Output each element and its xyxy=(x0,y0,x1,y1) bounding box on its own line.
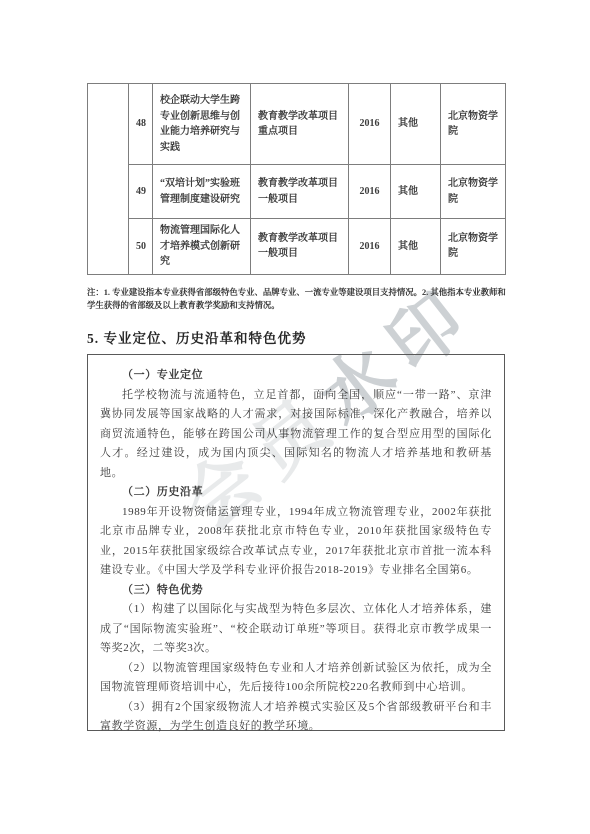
cell-project-name: 校企联动大学生跨专业创新思维与创业能力培养研究与实践 xyxy=(153,84,251,165)
cell-seq: 50 xyxy=(129,219,153,275)
cell-category: 其他 xyxy=(391,219,441,275)
paragraph-history: 1989年开设物资储运管理专业，1994年成立物流管理专业，2002年获批北京市… xyxy=(100,503,492,581)
paragraph-position: 托学校物流与流通特色，立足首都，面向全国，顺应“一带一路”、京津冀协同发展等国家… xyxy=(100,386,492,484)
cell-project-type: 教育教学改革项目重点项目 xyxy=(251,84,349,165)
cell-project-name: 物流管理国际化人才培养模式创新研究 xyxy=(153,219,251,275)
paragraph-advantage-1: （1）构建了以国际化与实战型为特色多层次、立体化人才培养体系，建成了“国际物流实… xyxy=(100,600,492,659)
paragraph-advantage-3: （3）拥有2个国家级物流人才培养模式实验区及5个省部级教研平台和丰富教学资源，为… xyxy=(100,698,492,737)
cell-seq: 49 xyxy=(129,165,153,219)
cell-project-type: 教育教学改革项目一般项目 xyxy=(251,165,349,219)
paragraph-advantage-2: （2）以物流管理国家级特色专业和人才培养创新试验区为依托，成为全国物流管理师资培… xyxy=(100,659,492,698)
projects-table: 48 校企联动大学生跨专业创新思维与创业能力培养研究与实践 教育教学改革项目重点… xyxy=(87,83,506,275)
table-row: 49 “双培计划”实验班管理制度建设研究 教育教学改革项目一般项目 2016 其… xyxy=(88,165,506,219)
cell-project-type: 教育教学改革项目一般项目 xyxy=(251,219,349,275)
subheading-history: （二）历史沿革 xyxy=(100,483,492,503)
cell-category: 其他 xyxy=(391,165,441,219)
cell-seq: 48 xyxy=(129,84,153,165)
cell-year: 2016 xyxy=(349,84,391,165)
cell-project-name: “双培计划”实验班管理制度建设研究 xyxy=(153,165,251,219)
cell-organization: 北京物资学院 xyxy=(441,84,506,165)
cell-blank xyxy=(88,84,129,275)
cell-category: 其他 xyxy=(391,84,441,165)
table-row: 50 物流管理国际化人才培养模式创新研究 教育教学改革项目一般项目 2016 其… xyxy=(88,219,506,275)
table-row: 48 校企联动大学生跨专业创新思维与创业能力培养研究与实践 教育教学改革项目重点… xyxy=(88,84,506,165)
cell-year: 2016 xyxy=(349,219,391,275)
section-heading: 5. 专业定位、历史沿革和特色优势 xyxy=(87,327,307,347)
document-page: 会员水印 48 校企联动大学生跨专业创新思维与创业能力培养研究与实践 教育教学改… xyxy=(0,0,590,834)
cell-organization: 北京物资学院 xyxy=(441,165,506,219)
section-content-box: （一）专业定位 托学校物流与流通特色，立足首都，面向全国，顺应“一带一路”、京津… xyxy=(87,354,505,731)
cell-year: 2016 xyxy=(349,165,391,219)
subheading-advantages: （三）特色优势 xyxy=(100,581,492,601)
subheading-position: （一）专业定位 xyxy=(100,366,492,386)
cell-organization: 北京物资学院 xyxy=(441,219,506,275)
table-footnote: 注：1. 专业建设指本专业获得省部级特色专业、品牌专业、一流专业等建设项目支持情… xyxy=(87,286,511,313)
